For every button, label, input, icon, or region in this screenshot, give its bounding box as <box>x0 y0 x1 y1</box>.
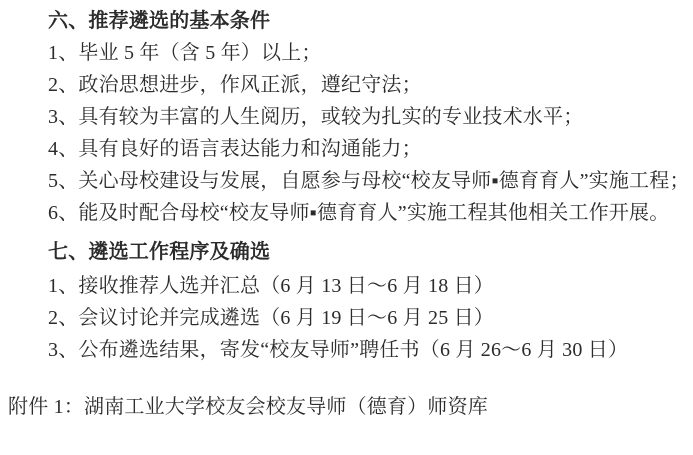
list-item: 3、公布遴选结果，寄发“校友导师”聘任书（6 月 26～6 月 30 日） <box>8 334 691 366</box>
list-item: 1、毕业 5 年（含 5 年）以上； <box>8 37 691 69</box>
list-item: 2、政治思想进步，作风正派，遵纪守法； <box>8 69 691 101</box>
section-six: 六、推荐遴选的基本条件 1、毕业 5 年（含 5 年）以上； 2、政治思想进步，… <box>8 5 691 229</box>
attachment-line: 附件 1：湖南工业大学校友会校友导师（德育）师资库 <box>8 391 691 423</box>
list-item: 3、具有较为丰富的人生阅历，或较为扎实的专业技术水平； <box>8 101 691 133</box>
list-item: 1、接收推荐人选并汇总（6 月 13 日～6 月 18 日） <box>8 270 691 302</box>
section-seven: 七、遴选工作程序及确选 1、接收推荐人选并汇总（6 月 13 日～6 月 18 … <box>8 236 691 366</box>
list-item: 2、会议讨论并完成遴选（6 月 19 日～6 月 25 日） <box>8 302 691 334</box>
list-item: 6、能及时配合母校“校友导师▪德育育人”实施工程其他相关工作开展。 <box>8 197 691 229</box>
list-item: 5、关心母校建设与发展，自愿参与母校“校友导师▪德育育人”实施工程； <box>8 165 691 197</box>
section-six-heading: 六、推荐遴选的基本条件 <box>8 5 691 37</box>
document-page: 六、推荐遴选的基本条件 1、毕业 5 年（含 5 年）以上； 2、政治思想进步，… <box>0 0 693 423</box>
list-item: 4、具有良好的语言表达能力和沟通能力； <box>8 133 691 165</box>
section-seven-heading: 七、遴选工作程序及确选 <box>8 236 691 268</box>
